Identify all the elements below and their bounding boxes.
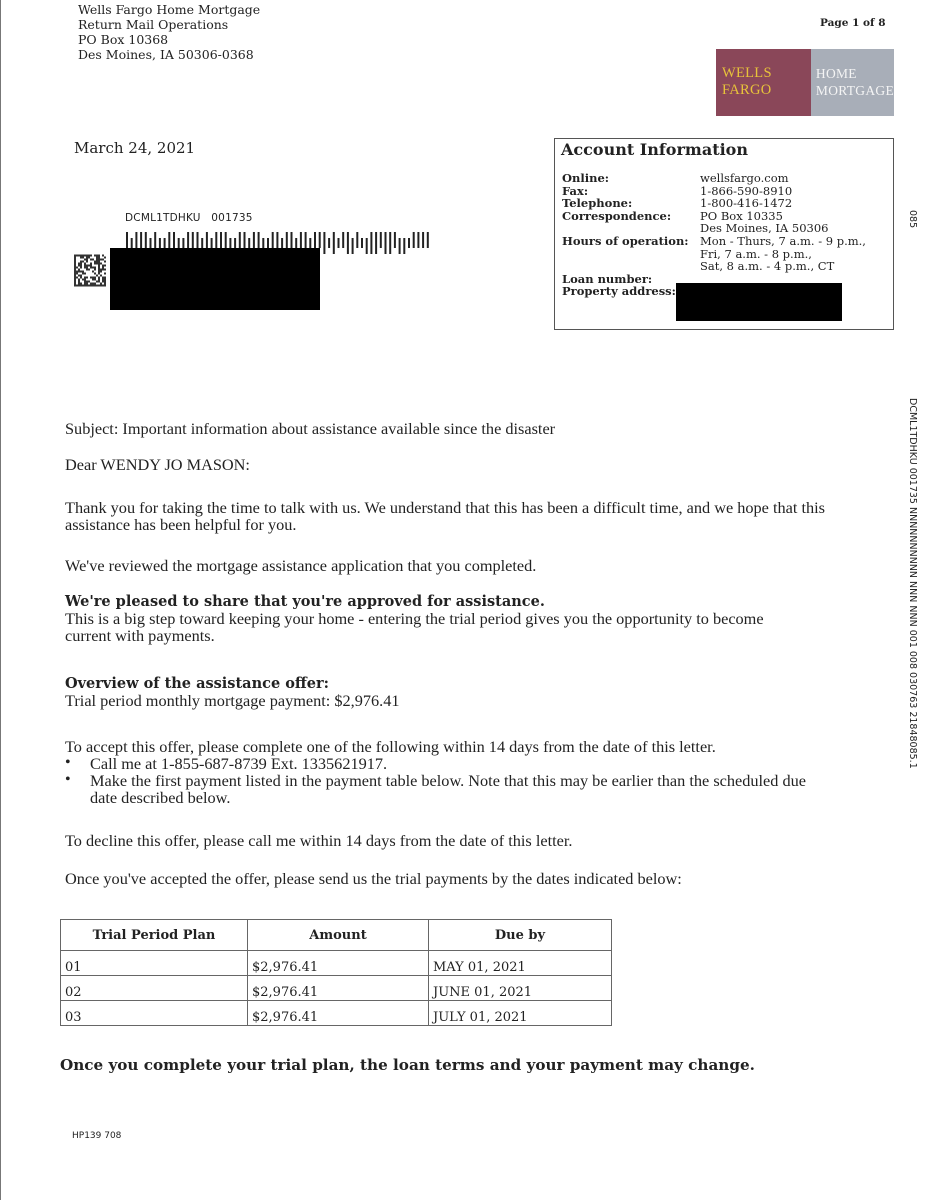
sender-line: Wells Fargo Home Mortgage xyxy=(78,2,260,17)
accept-intro: To accept this offer, please complete on… xyxy=(65,738,845,755)
column-header: Trial Period Plan xyxy=(61,920,248,951)
table-cell: 01 xyxy=(61,951,248,976)
logo-text: HOME xyxy=(816,65,894,82)
table-cell: JUNE 01, 2021 xyxy=(429,976,612,1001)
salutation: Dear WENDY JO MASON: xyxy=(65,456,845,473)
table-row: 01 $2,976.41 MAY 01, 2021 xyxy=(61,951,612,976)
account-info-value: Sat, 8 a.m. - 4 p.m., CT xyxy=(700,260,834,273)
side-code-top: 085 xyxy=(907,210,918,228)
barcode-id: DCML1TDHKU 001735 xyxy=(125,212,253,224)
column-header: Amount xyxy=(248,920,429,951)
sender-line: PO Box 10368 xyxy=(78,32,260,47)
approved-section: We're pleased to share that you're appro… xyxy=(65,593,845,644)
table-cell: MAY 01, 2021 xyxy=(429,951,612,976)
sender-address: Wells Fargo Home Mortgage Return Mail Op… xyxy=(78,4,260,62)
account-info-row: Sat, 8 a.m. - 4 p.m., CT xyxy=(562,260,866,273)
account-info-value: Mon - Thurs, 7 a.m. - 9 p.m., xyxy=(700,235,866,248)
table-cell: 02 xyxy=(61,976,248,1001)
payments-intro: Once you've accepted the offer, please s… xyxy=(65,870,845,887)
side-code-main: DCML1TDHKU 001735 NNNNNNNNNN NNN NNN 001… xyxy=(907,398,918,769)
closing-statement: Once you complete your trial plan, the l… xyxy=(60,1056,755,1074)
table-cell: $2,976.41 xyxy=(248,976,429,1001)
overview-heading: Overview of the assistance offer: xyxy=(65,675,845,692)
table-row: 02 $2,976.41 JUNE 01, 2021 xyxy=(61,976,612,1001)
overview-text: Trial period monthly mortgage payment: $… xyxy=(65,692,845,709)
account-info-value: 1-800-416-1472 xyxy=(700,197,792,210)
accept-section: To accept this offer, please complete on… xyxy=(65,738,845,806)
account-information-title: Account Information xyxy=(561,140,748,159)
account-info-label xyxy=(562,248,700,261)
approved-heading: We're pleased to share that you're appro… xyxy=(65,593,845,610)
datamatrix-code-icon xyxy=(74,254,106,287)
account-info-label: Online: xyxy=(562,172,700,185)
logo-home-mortgage-block: HOME MORTGAGE xyxy=(811,49,894,116)
account-info-row: Hours of operation:Mon - Thurs, 7 a.m. -… xyxy=(562,235,866,248)
account-info-row: Online:wellsfargo.com xyxy=(562,172,866,185)
paragraph-thanks: Thank you for taking the time to talk wi… xyxy=(65,499,835,533)
redaction-block xyxy=(676,283,842,321)
sender-line: Return Mail Operations xyxy=(78,17,260,32)
accept-option-call: Call me at 1-855-687-8739 Ext. 133562191… xyxy=(65,755,845,772)
account-info-label: Hours of operation: xyxy=(562,235,700,248)
table-row: 03 $2,976.41 JULY 01, 2021 xyxy=(61,1001,612,1026)
approved-text: This is a big step toward keeping your h… xyxy=(65,610,805,644)
account-info-label: Telephone: xyxy=(562,197,700,210)
page-indicator: Page 1 of 8 xyxy=(820,17,886,29)
sender-line: Des Moines, IA 50306-0368 xyxy=(78,47,260,62)
table-cell: $2,976.41 xyxy=(248,1001,429,1026)
logo-text: FARGO xyxy=(722,82,811,99)
paragraph-reviewed: We've reviewed the mortgage assistance a… xyxy=(65,557,845,574)
account-info-value: wellsfargo.com xyxy=(700,172,789,185)
table-header-row: Trial Period Plan Amount Due by xyxy=(61,920,612,951)
table-cell: 03 xyxy=(61,1001,248,1026)
footer-form-code: HP139 708 xyxy=(72,1131,121,1141)
column-header: Due by xyxy=(429,920,612,951)
redacted-recipient-address xyxy=(110,248,320,310)
accept-options-list: Call me at 1-855-687-8739 Ext. 133562191… xyxy=(65,755,845,806)
table-cell: JULY 01, 2021 xyxy=(429,1001,612,1026)
table-cell: $2,976.41 xyxy=(248,951,429,976)
logo-text: MORTGAGE xyxy=(816,82,894,99)
logo-wells-fargo-block: WELLS FARGO xyxy=(716,49,811,116)
account-info-label xyxy=(562,260,700,273)
account-info-row: Telephone:1-800-416-1472 xyxy=(562,197,866,210)
trial-payment-table: Trial Period Plan Amount Due by 01 $2,97… xyxy=(60,919,612,1026)
account-information-box: Account Information Online:wellsfargo.co… xyxy=(554,138,894,330)
accept-option-pay: Make the first payment listed in the pay… xyxy=(65,772,810,806)
scan-edge xyxy=(0,0,1,1200)
wells-fargo-logo: WELLS FARGO HOME MORTGAGE xyxy=(716,49,894,116)
subject-line: Subject: Important information about ass… xyxy=(65,420,845,437)
decline-text: To decline this offer, please call me wi… xyxy=(65,832,845,849)
account-information-rows: Online:wellsfargo.comFax:1-866-590-8910T… xyxy=(562,172,866,298)
letter-date: March 24, 2021 xyxy=(74,139,195,157)
overview-section: Overview of the assistance offer: Trial … xyxy=(65,675,845,709)
account-info-label: Correspondence: xyxy=(562,210,700,223)
logo-text: WELLS xyxy=(722,65,811,82)
